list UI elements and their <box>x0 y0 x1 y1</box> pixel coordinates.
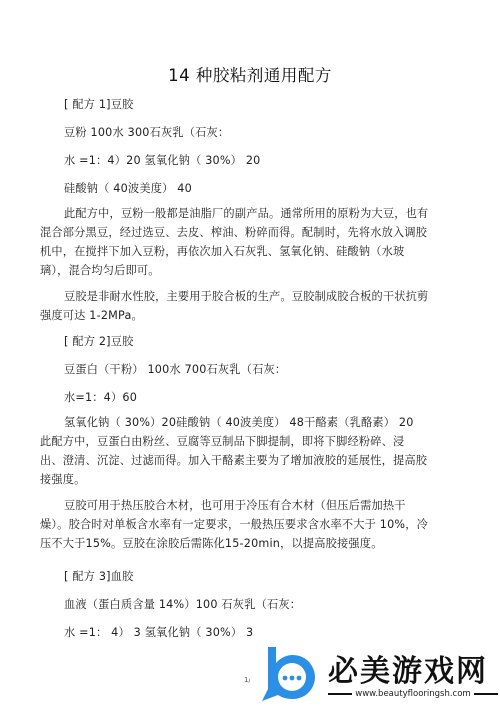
text-line: 豆粉 100水 300石灰乳（石灰： <box>64 124 229 140</box>
text-line: 机中，在搅拌下加入豆粉，再依次加入石灰乳、氢氧化钠、硅酸钠（水玻 <box>40 243 404 259</box>
divider <box>474 693 498 695</box>
document-title: 14 种胶粘剂通用配方 <box>0 62 500 86</box>
text-line: 压不大于15%。豆胶在涂胶后需陈化15-20min，以提高胶接强度。 <box>40 535 383 551</box>
watermark-site-name: 必美游戏网 <box>328 646 488 690</box>
text-line: 血液（蛋白质含量 14%）100 石灰乳（石灰： <box>64 596 301 612</box>
text-line: 此配方中，豆粉一般都是油脂厂的副产品。通常所用的原粉为大豆，也有 <box>64 205 428 221</box>
text-line: 水 =1：4）20 氢氧化钠（ 30%） 20 <box>64 152 260 168</box>
text-line: 豆蛋白（干粉） 100水 700石灰乳（石灰： <box>64 361 286 377</box>
text-line: 硅酸钠（ 40波美度） 40 <box>64 180 192 196</box>
text-line: 豆胶可用于热压胶合木材，也可用于冷压有合木材（但压后需加热干 <box>64 497 406 513</box>
text-line: 混合部分黑豆，经过选豆、去皮、榨油、粉碎而得。配制时，先将水放入调胶 <box>40 224 427 240</box>
text-line: 豆胶是非耐水性胶，主要用于胶合板的生产。豆胶制成胶合板的干状抗剪 <box>64 288 428 304</box>
text-line: [ 配方 1]豆胶 <box>64 96 134 112</box>
text-line: 出、澄清、沉淀、过滤而得。加入干酪素主要为了增加液胶的延展性，提高胶 <box>40 452 427 468</box>
watermark-url: www.beautyflooringsh.com <box>355 689 470 699</box>
text-line: 此配方中，豆蛋白由粉丝、豆腐等豆制品下脚提制，即将下脚经粉碎、浸 <box>40 433 404 449</box>
text-line: 燥）。胶合时对单板含水率有一定要求，一般热压要求含水率不大于 10%，冷 <box>40 516 428 532</box>
watermark-url-row: www.beautyflooringsh.com <box>328 689 498 699</box>
text-line: [ 配方 2]豆胶 <box>64 333 134 349</box>
divider <box>328 693 352 695</box>
text-line: [ 配方 3]血胶 <box>64 568 134 584</box>
text-line: 水 =1： 4） 3 氢氧化钠（ 30%） 3 <box>64 624 253 640</box>
text-line: 璃），混合均匀后即可。 <box>40 262 160 278</box>
text-line: 氢氧化钠（ 30%）20硅酸钠（ 40波美度） 48干酪素（乳酪素） 20 <box>64 414 414 430</box>
watermark-banner: 必美游戏网 www.beautyflooringsh.com <box>250 640 500 708</box>
text-line: 强度可达 1-2MPa。 <box>40 307 143 323</box>
speech-bubble-b-logo-icon <box>258 643 318 705</box>
text-line: 水=1：4）60 <box>64 389 137 405</box>
text-line: 接强度。 <box>40 471 86 487</box>
